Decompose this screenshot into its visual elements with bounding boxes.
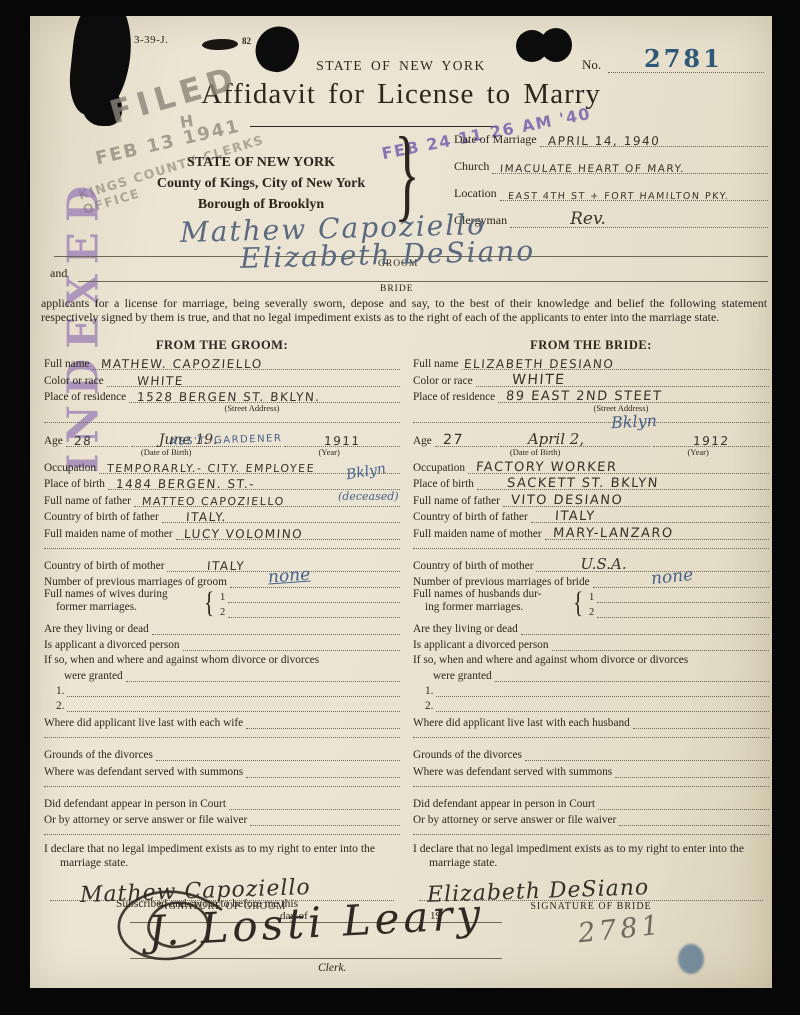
field-label: Number of previous marriages of bride [413,576,590,588]
groom-column: FROM THE GROOM: Full nameMATHEW. CAPOZIE… [44,338,400,913]
field-label: Full names of husbands dur- [413,588,571,601]
dotted-separator [44,414,400,423]
field-label: Is applicant a divorced person [413,639,549,651]
field-label: Occupation [413,462,465,474]
field-value: APRIL 14, 1940 [547,134,660,148]
venue-county: County of Kings, City of New York [118,173,404,194]
field-line: 28 [66,432,128,447]
dotted-separator [44,778,400,787]
conjunction: and [50,266,67,281]
field-label: Place of birth [413,478,474,490]
field-value: WHITE [136,374,184,388]
column-header: FROM THE GROOM: [44,338,400,354]
field-label: were granted [413,670,492,682]
field-label: Place of residence [413,391,495,403]
field-label: Date of Marriage [454,132,537,147]
field-line [597,588,769,603]
bride-name-handwriting: Elizabeth DeSiano [240,234,536,275]
field-label: Are they living or dead [413,623,518,635]
field-label: Number of previous marriages of groom [44,576,227,588]
field-value: SACKETT ST. BKLYN [506,476,659,491]
dotted-separator [413,778,769,787]
field-label: Full name of father [44,495,131,507]
field-value: FACTORY WORKER [476,460,618,475]
affidavit-page: 3-39-J. 82 STATE OF NEW YORK Affidavit f… [30,16,772,988]
field-label: Country of birth of mother [44,560,164,572]
field-line [619,811,769,826]
field-label: former marriages. [44,601,202,614]
field-line [436,697,769,712]
emblem-number: 82 [242,36,251,46]
field-label: Where was defendant served with summons [44,766,243,778]
field-label: Country of birth of father [413,511,528,523]
year-note: (Year) [627,447,769,458]
field-line: IMACULATE HEART OF MARY. [492,159,768,174]
field-line [598,795,769,810]
field-line [67,682,400,697]
field-label: Or by attorney or serve answer or file w… [413,814,616,826]
field-line [597,603,769,618]
father-annotation: (deceased) [338,490,399,503]
field-label: Age [44,435,63,447]
dob-value: April 2, [528,430,584,448]
item-number: 2 [589,607,594,618]
field-value: WHITE [511,372,566,388]
field-label: Country of birth of mother [413,560,533,572]
field-label: Country of birth of father [44,511,159,523]
dotted-separator [413,826,769,835]
ink-blot [540,28,572,62]
field-label: Full name [413,358,459,370]
year-value: 1911 [324,434,362,448]
dotted-separator [413,414,769,423]
field-line: VITO DESIANO [503,492,769,507]
field-line [436,682,769,697]
field-label: Full names of wives during [44,588,202,601]
bride-caption: BRIDE [380,284,414,294]
field-line [126,667,400,682]
no-label: No. [582,57,601,72]
field-value: MARY-LANZARO [552,526,674,541]
field-label: Grounds of the divorces [413,749,522,761]
field-line: April 2, [500,432,650,447]
field-label: were granted [44,670,123,682]
field-label: Did defendant appear in person in Court [44,798,226,810]
field-line: ITALY. [162,508,400,523]
scanned-document: 3-39-J. 82 STATE OF NEW YORK Affidavit f… [0,0,800,1015]
field-line [228,588,400,603]
field-value: 1528 BERGEN ST. BKLYN. [137,390,322,404]
field-line: 27 [435,432,497,447]
field-value: 89 EAST 2ND STEET [506,389,663,404]
bride-name-line [78,281,768,282]
field-line [633,714,769,729]
union-emblem-icon [202,38,238,50]
field-value: LUCY VOLOMINO [183,527,303,541]
former-spouses-block: Full names of wives duringformer marriag… [44,588,400,618]
field-label: Or by attorney or serve answer or file w… [44,814,247,826]
field-label: Church [454,159,489,174]
dotted-separator [44,729,400,738]
former-spouses-block: Full names of husbands dur-ing former ma… [413,588,769,618]
field-value: VITO DESIANO [510,493,623,508]
dotted-separator [44,826,400,835]
field-label: Occupation [44,462,96,474]
field-line [615,763,769,778]
field-line: 1911 [284,432,400,447]
brace-glyph: { [573,588,583,618]
field-line [152,620,400,635]
field-label: Location [454,186,497,201]
field-line [156,746,400,761]
field-value: EAST 4TH ST + FORT HAMILTON PKY. [507,191,729,202]
field-line: WHITE [476,372,769,387]
field-line [552,636,769,651]
field-line: Rev. [510,213,768,228]
field-line [228,603,400,618]
field-value: ITALY [207,559,246,573]
field-value: TEMPORARLY.- CITY. EMPLOYEE [107,462,316,475]
field-value: 1484 BERGEN. ST.- [115,477,255,491]
column-header: FROM THE BRIDE: [413,338,769,354]
field-label: Full maiden name of mother [44,528,173,540]
field-value: ELIZABETH DESIANO [463,357,614,371]
field-line [521,620,769,635]
field-line [525,746,769,761]
year-note: (Year) [258,447,400,458]
field-line: 89 EAST 2ND STEET [498,388,769,403]
residence-annotation: Bklyn [611,411,658,432]
field-value: ITALY [554,509,596,524]
field-label: Color or race [44,375,104,387]
street-address-note: (Street Address) [164,403,340,414]
field-value: Rev. [570,209,606,229]
ink-dot [678,944,704,974]
field-line: APRIL 14, 1940 [540,132,768,147]
field-line: 1528 BERGEN ST. BKLYN. [129,388,400,403]
year-value: 1912 [693,434,731,448]
venue-block: STATE OF NEW YORK County of Kings, City … [118,152,404,215]
field-label: Did defendant appear in person in Court [413,798,595,810]
form-code: 3-39-J. [134,34,168,46]
field-line [230,573,400,588]
field-line [229,795,400,810]
field-label: Full maiden name of mother [413,528,542,540]
field-line: LUCY VOLOMINO [176,525,400,540]
field-line: MATHEW. CAPOZIELLO [93,355,401,370]
field-line [246,763,400,778]
field-value: MATHEW. CAPOZIELLO [100,357,263,371]
field-line: FACTORY WORKER [468,459,769,474]
field-label: Age [413,435,432,447]
field-line: WHITE [107,372,400,387]
field-line: ITALY [531,508,769,523]
field-label: Place of residence [44,391,126,403]
field-label: Full name [44,358,90,370]
dob-note: (Date of Birth) [74,447,258,458]
item-number: 1 [220,592,225,603]
field-value: MATTEO CAPOZIELLO [141,495,285,508]
age-value: 27 [442,432,464,448]
field-label: Full name of father [413,495,500,507]
age-value: 28 [73,434,92,448]
prev-marriages-value: none [267,565,310,588]
dotted-separator [413,729,769,738]
item-number: 1. [44,685,64,697]
field-line: MARY-LANZARO [545,525,769,540]
item-number: 1 [589,592,594,603]
field-value: IMACULATE HEART OF MARY. [500,163,686,175]
field-label: If so, when and where and against whom d… [44,654,319,666]
field-label: Place of birth [44,478,105,490]
dob-note: (Date of Birth) [443,447,627,458]
field-label: If so, when and where and against whom d… [413,654,688,666]
license-number-block: No. 2781 [582,56,768,74]
field-label: Where did applicant live last with each … [413,717,630,729]
field-label: Grounds of the divorces [44,749,153,761]
bride-column: FROM THE BRIDE: Full nameELIZABETH DESIA… [413,338,769,913]
item-number: 1. [413,685,433,697]
field-line: SACKETT ST. BKLYN [477,475,769,490]
field-label: Where was defendant served with summons [413,766,612,778]
item-number: 2 [220,607,225,618]
field-label: Is applicant a divorced person [44,639,180,651]
field-line [246,714,400,729]
field-label: ing former marriages. [413,601,571,614]
item-number: 2. [44,700,64,712]
declaration-text: I declare that no legal impediment exist… [413,842,769,870]
brace-glyph: { [204,588,214,618]
oath-paragraph: applicants for a license for marriage, b… [41,296,767,324]
field-label: Where did applicant live last with each … [44,717,243,729]
field-line [250,811,400,826]
field-value: ITALY. [185,510,227,524]
field-line: ELIZABETH DESIANO [462,355,770,370]
field-line: EAST 4TH ST + FORT HAMILTON PKY. [500,186,768,201]
clerk-label: Clerk. [318,962,346,974]
field-line [495,667,769,682]
field-label: Color or race [413,375,473,387]
license-number: 2781 [644,44,723,73]
venue-state: STATE OF NEW YORK [118,152,404,173]
field-value: U.S.A. [580,555,626,573]
item-number: 2. [413,700,433,712]
field-line [67,697,400,712]
ceremony-block: Date of MarriageAPRIL 14, 1940 ChurchIMA… [454,120,768,228]
field-line [183,636,400,651]
declaration-text: I declare that no legal impediment exist… [44,842,400,870]
field-line: 1912 [653,432,769,447]
field-label: Are they living or dead [44,623,149,635]
